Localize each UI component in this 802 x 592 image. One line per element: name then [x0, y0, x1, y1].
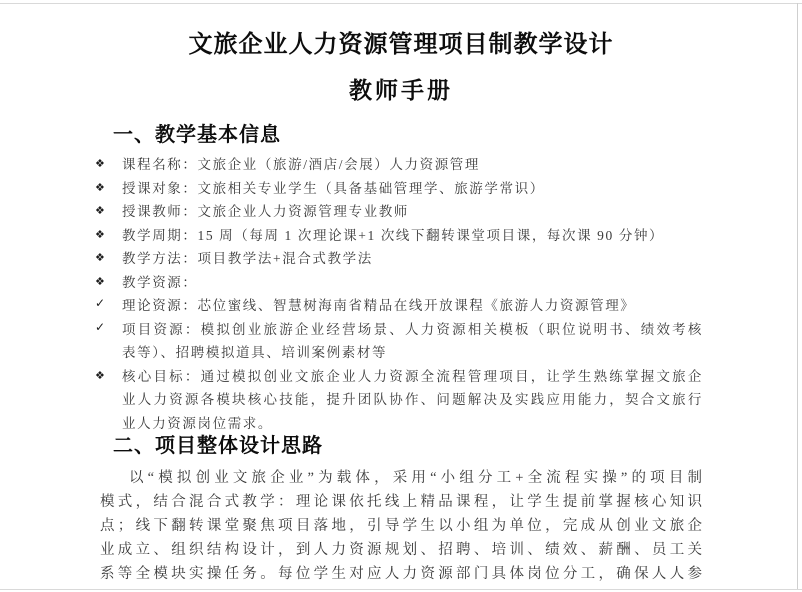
diamond-bullet-icon: ❖	[95, 252, 105, 263]
text-line: 项目资源：模拟创业旅游企业经营场景、人力资源相关模板（职位说明书、绩效考核	[122, 318, 703, 342]
diamond-bullet-icon: ❖	[95, 276, 105, 287]
paragraph-line: 业成立、组织结构设计，到人力资源规划、招聘、培训、绩效、薪酬、员工关	[100, 538, 703, 562]
document-title: 文旅企业人力资源管理项目制教学设计	[0, 30, 802, 60]
paragraph-line: 模式，结合混合式教学：理论课依托线上精品课程，让学生提前掌握核心知识	[100, 490, 703, 514]
list-item-schedule: ❖ 教学周期：15 周（每周 1 次理论课+1 次线下翻转课堂项目课，每次课 9…	[93, 224, 703, 248]
check-bullet-icon: ✓	[95, 298, 105, 309]
text-line: 教学周期：15 周（每周 1 次理论课+1 次线下翻转课堂项目课，每次课 90 …	[122, 224, 703, 248]
teaching-info-list: ❖ 课程名称：文旅企业（旅游/酒店/会展）人力资源管理 ❖ 授课对象：文旅相关专…	[93, 153, 703, 435]
list-item-method: ❖ 教学方法：项目教学法+混合式教学法	[93, 247, 703, 271]
page-edge-top	[0, 3, 802, 4]
text-line: 核心目标：通过模拟创业文旅企业人力资源全流程管理项目，让学生熟练掌握文旅企	[122, 365, 703, 389]
text-line: 授课教师：文旅企业人力资源管理专业教师	[122, 200, 703, 224]
list-item-theory-resources: ✓ 理论资源：芯位蜜线、智慧树海南省精品在线开放课程《旅游人力资源管理》	[93, 294, 703, 318]
text-line: 授课对象：文旅相关专业学生（具备基础管理学、旅游学常识）	[122, 177, 703, 201]
text-line: 课程名称：文旅企业（旅游/酒店/会展）人力资源管理	[122, 153, 703, 177]
list-item-audience: ❖ 授课对象：文旅相关专业学生（具备基础管理学、旅游学常识）	[93, 177, 703, 201]
section-heading-design-idea: 二、项目整体设计思路	[113, 435, 802, 457]
text-line: 表等）、招聘模拟道具、培训案例素材等	[122, 341, 703, 365]
list-item-project-resources: ✓ 项目资源：模拟创业旅游企业经营场景、人力资源相关模板（职位说明书、绩效考核 …	[93, 318, 703, 365]
document-subtitle: 教师手册	[0, 76, 802, 106]
diamond-bullet-icon: ❖	[95, 229, 105, 240]
list-item-core-goal: ❖ 核心目标：通过模拟创业文旅企业人力资源全流程管理项目，让学生熟练掌握文旅企 …	[93, 365, 703, 436]
diamond-bullet-icon: ❖	[95, 158, 105, 169]
paragraph-line: 点；线下翻转课堂聚焦项目落地，引导学生以小组为单位，完成从创业文旅企	[100, 514, 703, 538]
diamond-bullet-icon: ❖	[95, 370, 105, 381]
page-edge-bottom	[0, 589, 802, 590]
design-idea-paragraph: 以“模拟创业文旅企业”为载体，采用“小组分工+全流程实操”的项目制 模式，结合混…	[100, 466, 703, 586]
page-edge-right	[797, 3, 798, 590]
text-line: 理论资源：芯位蜜线、智慧树海南省精品在线开放课程《旅游人力资源管理》	[122, 294, 703, 318]
document-page: { "page": { "title": "文旅企业人力资源管理项目制教学设计"…	[0, 0, 802, 592]
text-line: 业人力资源各模块核心技能，提升团队协作、问题解决及实践应用能力，契合文旅行	[122, 388, 703, 412]
diamond-bullet-icon: ❖	[95, 205, 105, 216]
diamond-bullet-icon: ❖	[95, 182, 105, 193]
section-heading-basic-info: 一、教学基本信息	[113, 124, 802, 146]
check-bullet-icon: ✓	[95, 322, 105, 333]
list-item-course-name: ❖ 课程名称：文旅企业（旅游/酒店/会展）人力资源管理	[93, 153, 703, 177]
paragraph-line: 以“模拟创业文旅企业”为载体，采用“小组分工+全流程实操”的项目制	[100, 466, 703, 490]
list-item-teacher: ❖ 授课教师：文旅企业人力资源管理专业教师	[93, 200, 703, 224]
text-line: 业人力资源岗位需求。	[122, 412, 703, 436]
text-line: 教学资源：	[122, 271, 703, 295]
text-line: 教学方法：项目教学法+混合式教学法	[122, 247, 703, 271]
list-item-resources: ❖ 教学资源：	[93, 271, 703, 295]
paragraph-line: 系等全模块实操任务。每位学生对应人力资源部门具体岗位分工，确保人人参	[100, 562, 703, 586]
